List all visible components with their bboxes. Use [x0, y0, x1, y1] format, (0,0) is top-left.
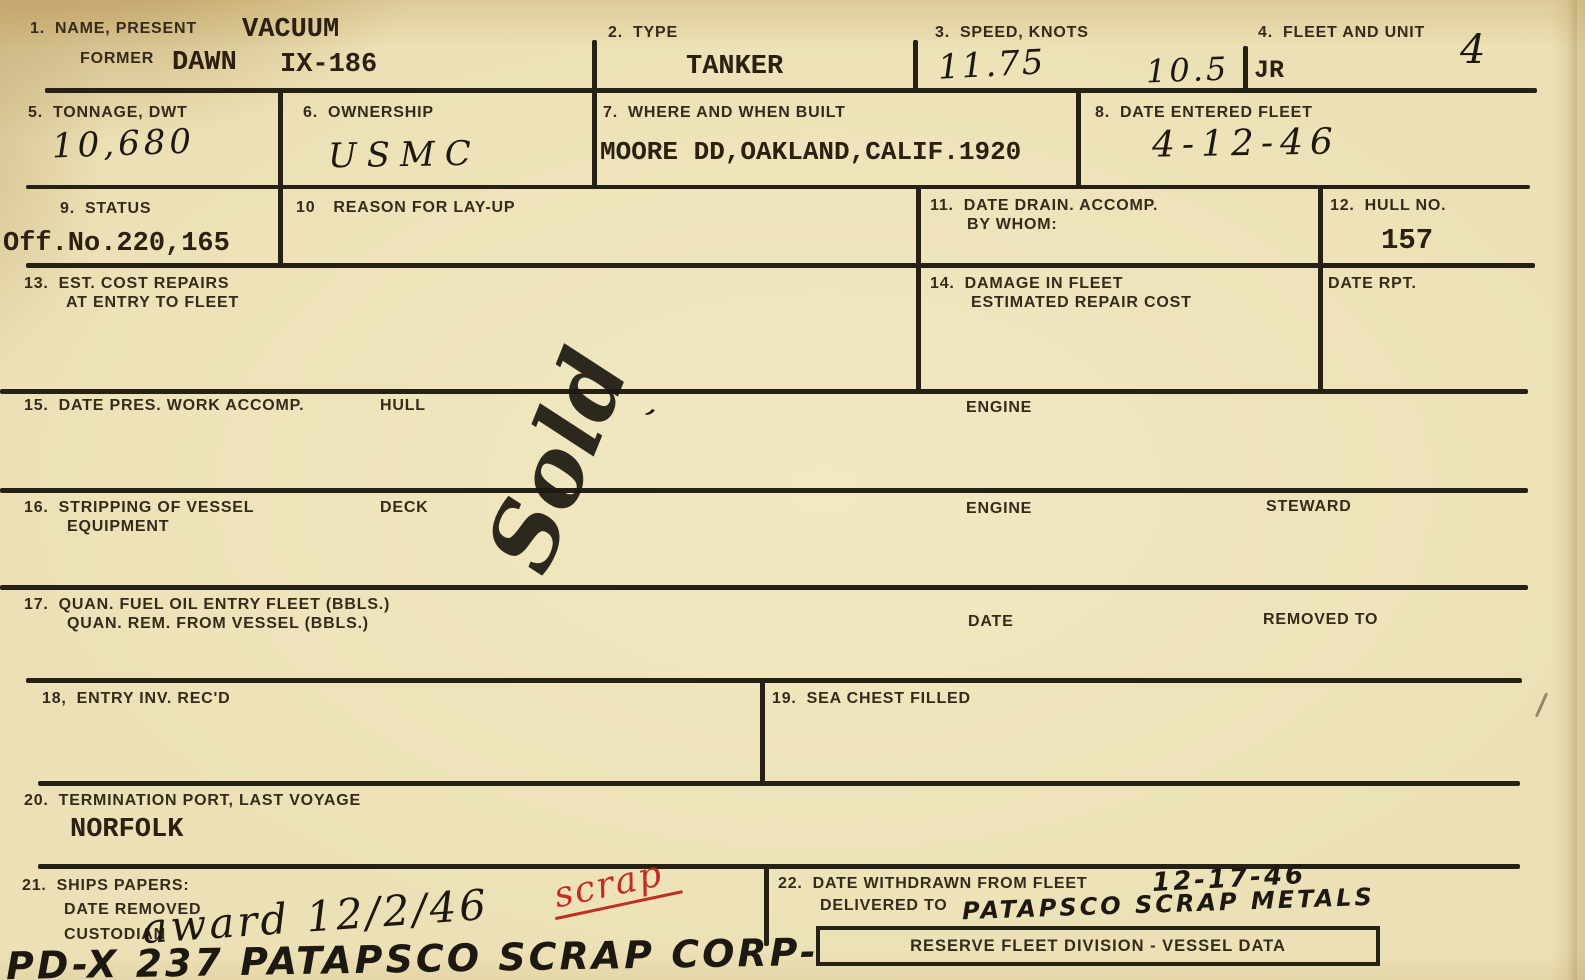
field-14-label: 14.DAMAGE IN FLEET: [930, 275, 1123, 293]
rule-row5-bottom: [0, 488, 1528, 493]
divider-field1-field2: [592, 40, 597, 188]
rule-row1-bottom: [45, 88, 1537, 93]
field-22-delivered-to-label: DELIVERED TO: [820, 897, 948, 915]
footer-title: RESERVE FLEET DIVISION - VESSEL DATA: [910, 937, 1286, 956]
field-8-label: 8.DATE ENTERED FLEET: [1095, 104, 1313, 122]
rule-row8-bottom: [38, 781, 1520, 786]
field-8-value: 4-12-46: [1152, 124, 1340, 163]
divider-field11-field12: [1318, 187, 1323, 391]
divider-field10-field11: [916, 187, 921, 391]
rule-row4-bottom: [0, 389, 1528, 394]
field-6-label: 6.OWNERSHIP: [303, 104, 434, 122]
field-9-value: Off.No.220,165: [3, 231, 230, 258]
field-16-deck-label: DECK: [380, 499, 429, 517]
field-13-label-line2: AT ENTRY TO FLEET: [66, 294, 239, 312]
field-16-engine-label: ENGINE: [966, 500, 1032, 518]
field-1-number: 1.: [30, 20, 45, 37]
field-12-label: 12.HULL NO.: [1330, 197, 1446, 215]
field-17-removed-to-label: REMOVED TO: [1263, 611, 1378, 629]
rule-row2-bottom: [26, 185, 1530, 189]
field-14-label-line2: ESTIMATED REPAIR COST: [971, 294, 1192, 312]
field-21-label: 21.SHIPS PAPERS:: [22, 877, 189, 895]
field-16-label-line2: EQUIPMENT: [67, 518, 169, 536]
field-3-value-light: 10.5: [1145, 53, 1229, 88]
divider-field3-field4: [1243, 46, 1248, 92]
field-10-label: 10REASON FOR LAY-UP: [296, 199, 515, 217]
field-11-label: 11.DATE DRAIN. ACCOMP.: [930, 197, 1158, 215]
field-17-label: 17.QUAN. FUEL OIL ENTRY FLEET (BBLS.): [24, 596, 390, 614]
field-5-label: 5.TONNAGE, DWT: [28, 104, 188, 122]
field-7-value: MOORE DD,OAKLAND,CALIF.1920: [600, 139, 1021, 165]
divider-field5-field6: [278, 92, 283, 267]
field-15-label: 15.DATE PRES. WORK ACCOMP.: [24, 397, 304, 415]
field-1-value-hull-designation: IX-186: [280, 52, 377, 79]
field-22-label: 22.DATE WITHDRAWN FROM FLEET: [778, 875, 1087, 893]
field-19-label: 19.SEA CHEST FILLED: [772, 690, 971, 708]
field-17-date-label: DATE: [968, 613, 1014, 631]
field-9-label: 9.STATUS: [60, 200, 151, 218]
vessel-data-card: 1.NAME, PRESENT VACUUM FORMER DAWN IX-18…: [0, 0, 1585, 980]
field-2-value: TANKER: [686, 54, 783, 81]
rule-row6-bottom: [0, 585, 1528, 590]
divider-field18-field19: [760, 681, 765, 783]
rule-row3-bottom: [26, 263, 1535, 268]
sold-annotation: Sold: [472, 338, 642, 583]
pen-tick: [1535, 693, 1548, 718]
field-7-label: 7.WHERE AND WHEN BUILT: [603, 104, 846, 122]
field-21-scrap-note: scrap: [547, 853, 683, 920]
field-4-value-unit: 4: [1460, 30, 1485, 70]
field-16-label: 16.STRIPPING OF VESSEL: [24, 499, 254, 517]
field-1-label: 1.NAME, PRESENT: [30, 20, 197, 38]
field-14-date-rpt-label: DATE RPT.: [1328, 275, 1417, 293]
field-20-label: 20.TERMINATION PORT, LAST VOYAGE: [24, 792, 361, 810]
field-15-hull-label: HULL: [380, 397, 426, 415]
field-1-value-present: VACUUM: [242, 17, 339, 44]
rule-row7-bottom: [26, 678, 1522, 683]
field-18-label: 18,ENTRY INV. REC'D: [42, 690, 230, 708]
field-5-value: 10,680: [51, 125, 195, 164]
paper-right-edge-shadow: [1567, 0, 1577, 980]
field-1-former-label: FORMER: [80, 50, 154, 68]
field-6-value: USMC: [328, 137, 481, 174]
field-4-value-fleet: JR: [1254, 58, 1284, 83]
field-17-label-line2: QUAN. REM. FROM VESSEL (BBLS.): [67, 615, 369, 633]
field-2-label: 2.TYPE: [608, 24, 678, 42]
field-15-engine-label: ENGINE: [966, 399, 1032, 417]
field-16-steward-label: STEWARD: [1266, 498, 1352, 516]
field-1-value-former: DAWN: [172, 50, 237, 77]
field-4-label: 4.FLEET AND UNIT: [1258, 24, 1425, 42]
divider-field2-field3: [913, 40, 918, 92]
field-11-bywhom-label: BY WHOM:: [967, 216, 1058, 234]
field-13-label: 13.EST. COST REPAIRS: [24, 275, 229, 293]
divider-field7-field8: [1076, 92, 1081, 188]
field-12-value: 157: [1381, 226, 1433, 255]
field-20-value: NORFOLK: [70, 817, 183, 844]
field-3-value-loaded: 11.75: [937, 45, 1046, 85]
footer-title-box: RESERVE FLEET DIVISION - VESSEL DATA: [816, 926, 1380, 966]
field-3-label: 3.SPEED, KNOTS: [935, 24, 1089, 42]
